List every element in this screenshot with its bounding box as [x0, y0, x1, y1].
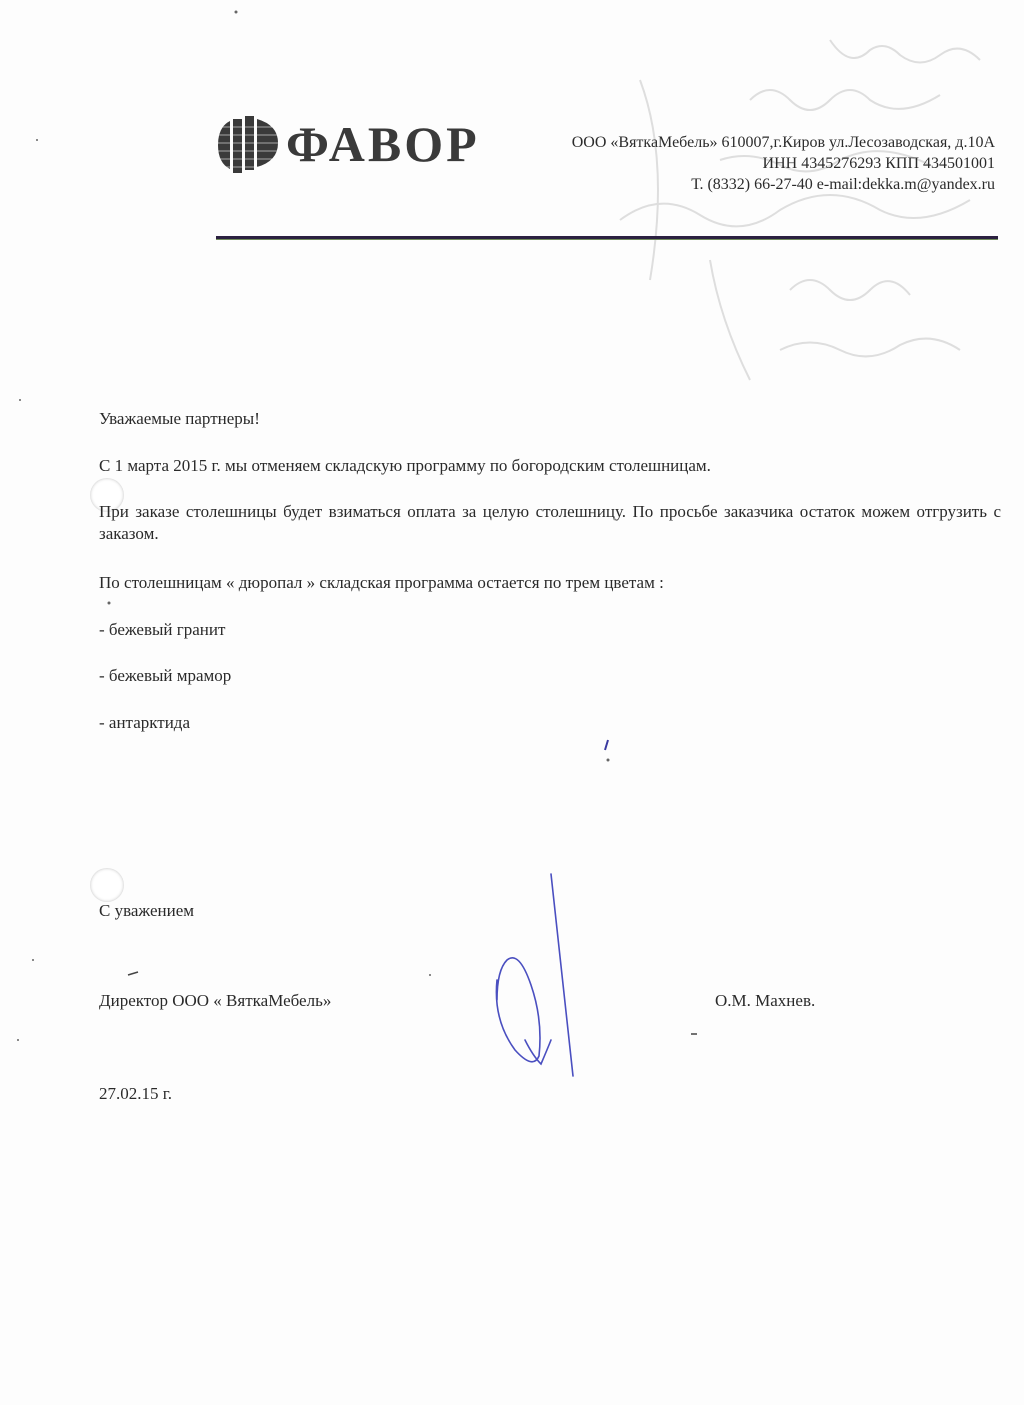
- color-item: - бежевый мрамор: [99, 665, 999, 687]
- letterhead-details: ООО «ВяткаМебель» 610007,г.Киров ул.Лесо…: [505, 132, 995, 195]
- company-logo: ФАВОР: [216, 114, 480, 174]
- paragraph-1: С 1 марта 2015 г. мы отменяем складскую …: [99, 455, 999, 477]
- letterhead-divider: [216, 236, 998, 240]
- paragraph-2: При заказе столешницы будет взиматься оп…: [99, 501, 1001, 545]
- greeting: Уважаемые партнеры!: [99, 408, 999, 430]
- show-through-handwriting: [600, 20, 1020, 400]
- color-item: - бежевый гранит: [99, 619, 999, 641]
- company-tax-ids: ИНН 4345276293 КПП 434501001: [505, 153, 995, 174]
- signer-name: О.М. Махнев.: [715, 990, 915, 1012]
- handwritten-signature: [485, 870, 585, 1090]
- color-item: - антарктида: [99, 712, 999, 734]
- signer-title: Директор ООО « ВяткаМебель»: [99, 990, 499, 1012]
- company-address: ООО «ВяткаМебель» 610007,г.Киров ул.Лесо…: [505, 132, 995, 153]
- punch-hole: [90, 868, 124, 902]
- company-contacts: Т. (8332) 66-27-40 e-mail:dekka.m@yandex…: [505, 174, 995, 195]
- paragraph-3: По столешницам « дюропал » складская про…: [99, 572, 999, 594]
- brand-name: ФАВОР: [286, 119, 480, 169]
- logo-stripes-icon: [216, 115, 282, 173]
